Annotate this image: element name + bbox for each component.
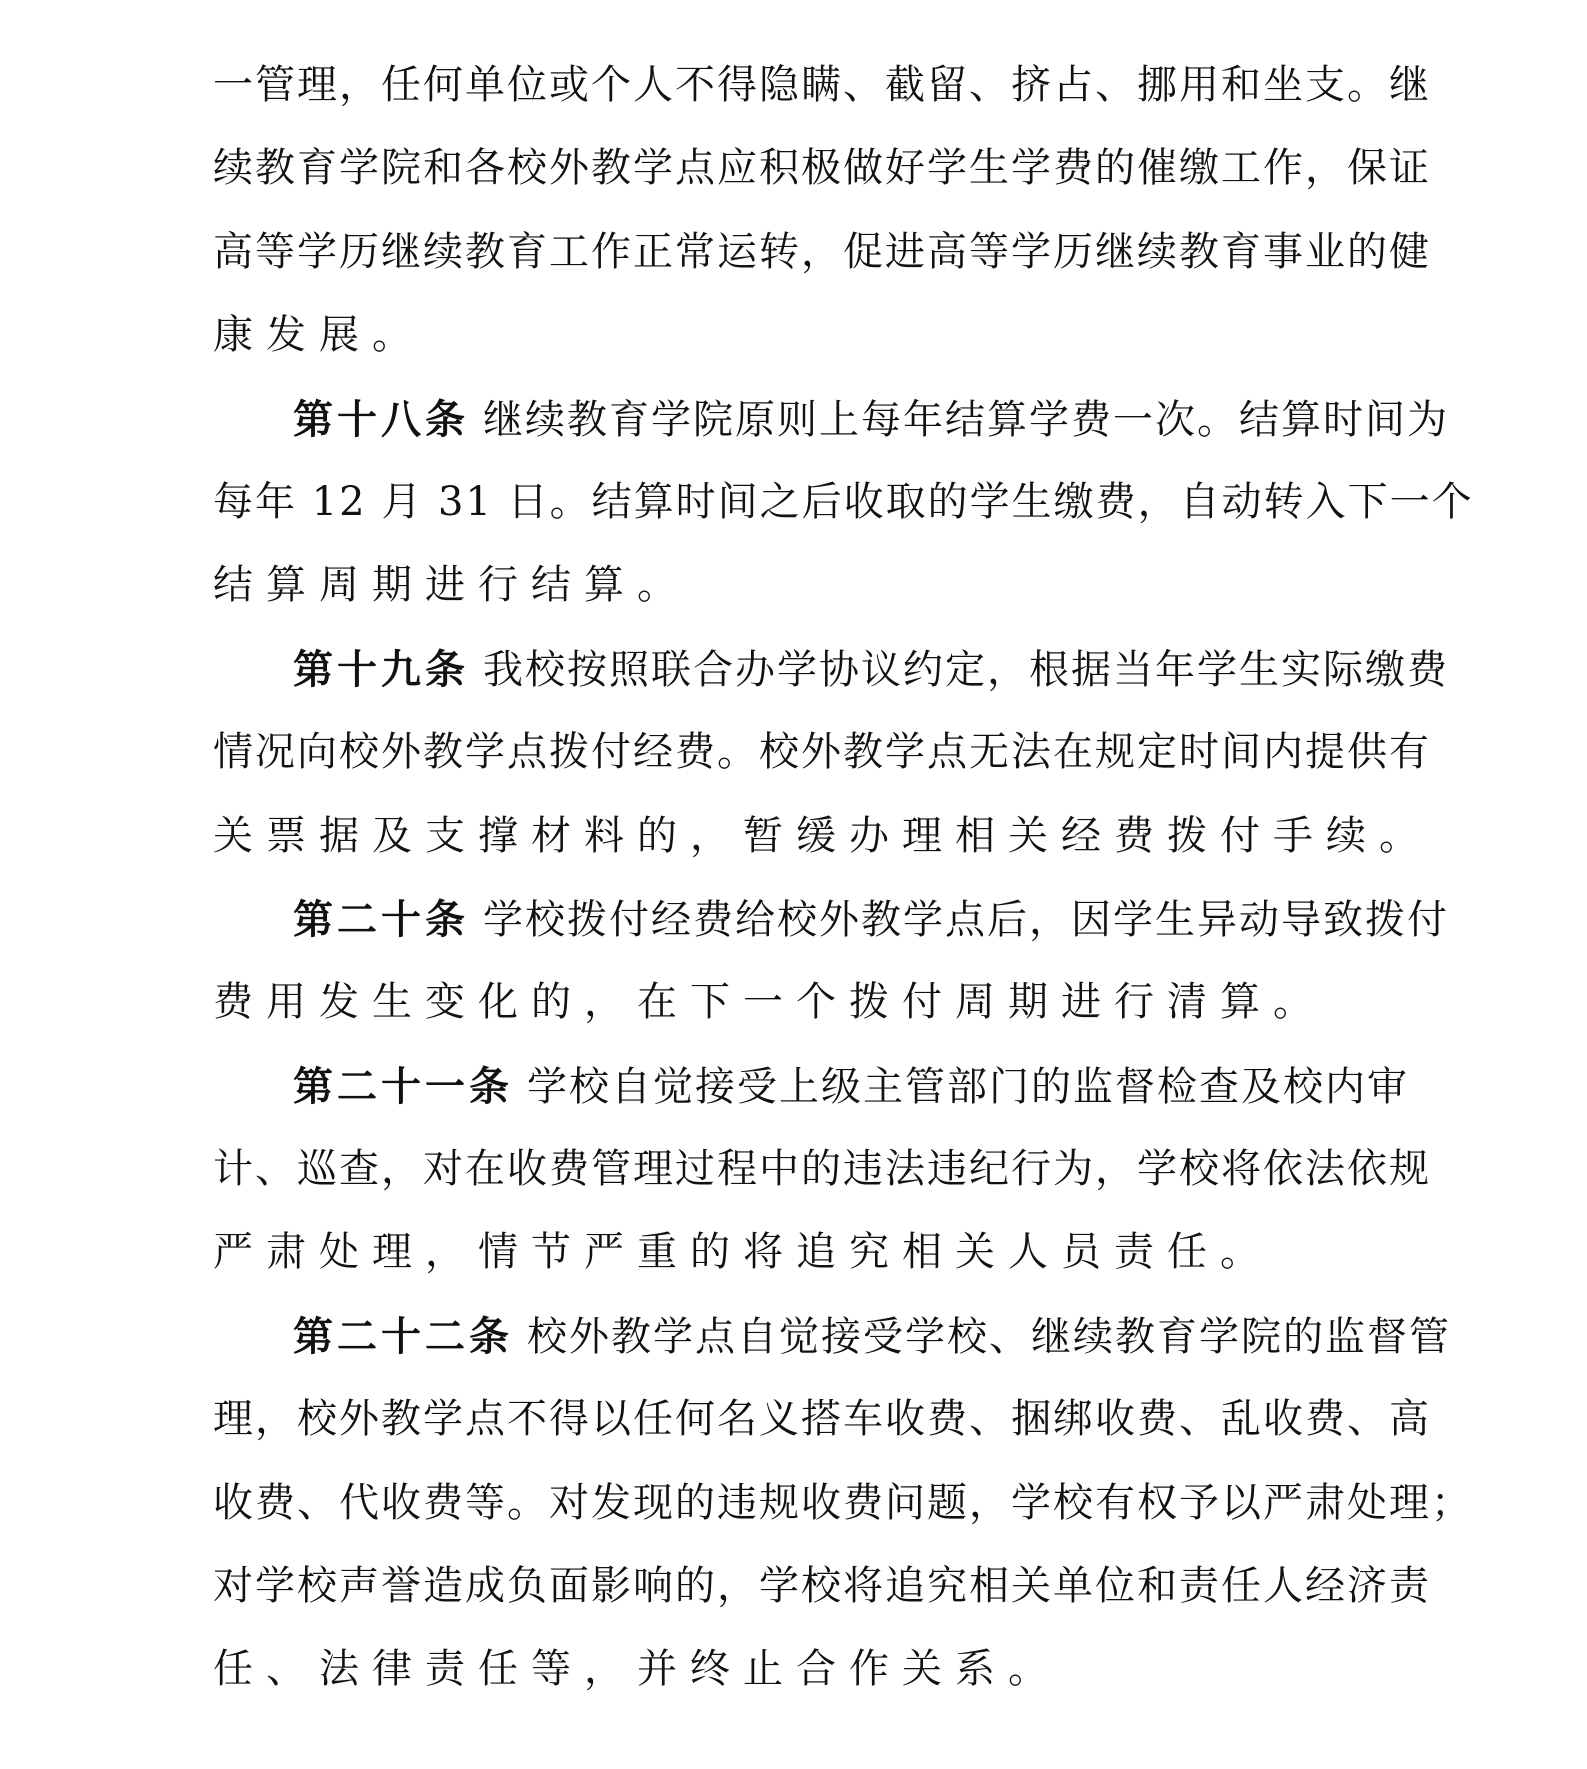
paragraph-continuation: 一管理，任何单位或个人不得隐瞒、截留、挤占、挪用和坐支。继 续教育学院和各校外教…	[213, 44, 1390, 378]
article-21: 第二十一条学校自觉接受上级主管部门的监督检查及校内审 计、巡查，对在收费管理过程…	[213, 1045, 1390, 1295]
text-line: 任、法律责任等，并终止合作关系。	[213, 1628, 1390, 1711]
text-line: 情况向校外教学点拨付经费。校外教学点无法在规定时间内提供有	[213, 711, 1390, 794]
article-text: 我校按照联合办学协议约定，根据当年学生实际缴费	[483, 647, 1449, 693]
article-text: 学校自觉接受上级主管部门的监督检查及校内审	[527, 1064, 1409, 1110]
text-line: 高等学历继续教育工作正常运转，促进高等学历继续教育事业的健	[213, 211, 1390, 294]
document-page: 一管理，任何单位或个人不得隐瞒、截留、挤占、挪用和坐支。继 续教育学院和各校外教…	[213, 44, 1390, 1712]
text-line: 每年 12 月 31 日。结算时间之后收取的学生缴费，自动转入下一个	[213, 461, 1390, 544]
article-19: 第十九条我校按照联合办学协议约定，根据当年学生实际缴费 情况向校外教学点拨付经费…	[213, 628, 1390, 878]
article-label: 第二十条	[293, 896, 469, 943]
text-line: 费用发生变化的，在下一个拨付周期进行清算。	[213, 961, 1390, 1044]
text-line: 关票据及支撑材料的，暂缓办理相关经费拨付手续。	[213, 795, 1390, 878]
text-line: 第二十条学校拨付经费给校外教学点后，因学生异动导致拨付	[213, 878, 1390, 961]
text-line: 严肃处理，情节严重的将追究相关人员责任。	[213, 1211, 1390, 1294]
text-line: 结算周期进行结算。	[213, 544, 1390, 627]
text-line: 一管理，任何单位或个人不得隐瞒、截留、挤占、挪用和坐支。继	[213, 44, 1390, 127]
text-line: 理，校外教学点不得以任何名义搭车收费、捆绑收费、乱收费、高	[213, 1378, 1390, 1461]
text-line: 收费、代收费等。对发现的违规收费问题，学校有权予以严肃处理；	[213, 1462, 1390, 1545]
text-line: 续教育学院和各校外教学点应积极做好学生学费的催缴工作，保证	[213, 127, 1390, 210]
article-label: 第二十二条	[293, 1313, 513, 1360]
text-line: 第二十二条校外教学点自觉接受学校、继续教育学院的监督管	[213, 1295, 1390, 1378]
article-label: 第二十一条	[293, 1063, 513, 1110]
text-line: 康发展。	[213, 294, 1390, 377]
text-line: 第二十一条学校自觉接受上级主管部门的监督检查及校内审	[213, 1045, 1390, 1128]
article-18: 第十八条继续教育学院原则上每年结算学费一次。结算时间为 每年 12 月 31 日…	[213, 378, 1390, 628]
article-20: 第二十条学校拨付经费给校外教学点后，因学生异动导致拨付 费用发生变化的，在下一个…	[213, 878, 1390, 1045]
article-text: 校外教学点自觉接受学校、继续教育学院的监督管	[527, 1314, 1451, 1360]
article-text: 学校拨付经费给校外教学点后，因学生异动导致拨付	[483, 897, 1449, 943]
article-label: 第十八条	[293, 396, 469, 443]
text-line: 对学校声誉造成负面影响的，学校将追究相关单位和责任人经济责	[213, 1545, 1390, 1628]
text-line: 计、巡查，对在收费管理过程中的违法违纪行为，学校将依法依规	[213, 1128, 1390, 1211]
text-line: 第十八条继续教育学院原则上每年结算学费一次。结算时间为	[213, 378, 1390, 461]
article-text: 继续教育学院原则上每年结算学费一次。结算时间为	[483, 397, 1449, 443]
article-22: 第二十二条校外教学点自觉接受学校、继续教育学院的监督管 理，校外教学点不得以任何…	[213, 1295, 1390, 1712]
article-label: 第十九条	[293, 646, 469, 693]
text-line: 第十九条我校按照联合办学协议约定，根据当年学生实际缴费	[213, 628, 1390, 711]
